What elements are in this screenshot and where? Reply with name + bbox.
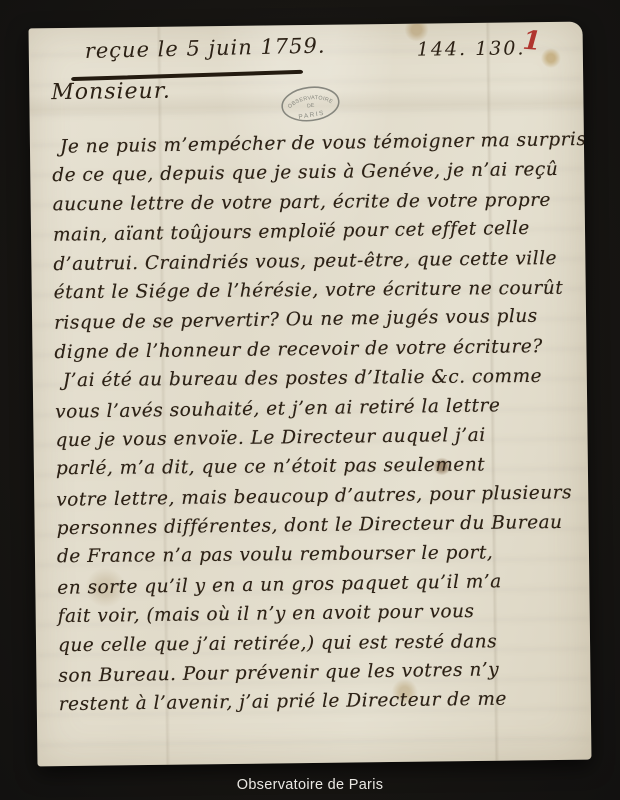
archival-number: 144. 130.: [417, 37, 526, 60]
caption-observatoire-de-paris: Observatoire de Paris: [0, 777, 620, 793]
observatory-oval-stamp-icon: OBSERVATOIRE DE PARIS: [277, 80, 343, 127]
folio-number: 1: [522, 26, 542, 57]
letter-page: reçue le 5 juin 1759. 144. 130. 1 Monsie…: [29, 22, 592, 767]
scanned-photo-frame: reçue le 5 juin 1759. 144. 130. 1 Monsie…: [0, 0, 620, 800]
salutation: Monsieur.: [51, 79, 171, 105]
stamp-text-middle: DE: [307, 103, 315, 110]
received-date-annotation: reçue le 5 juin 1759.: [85, 34, 326, 63]
letter-body: Je ne puis m’empécher de vous témoigner …: [52, 126, 589, 720]
